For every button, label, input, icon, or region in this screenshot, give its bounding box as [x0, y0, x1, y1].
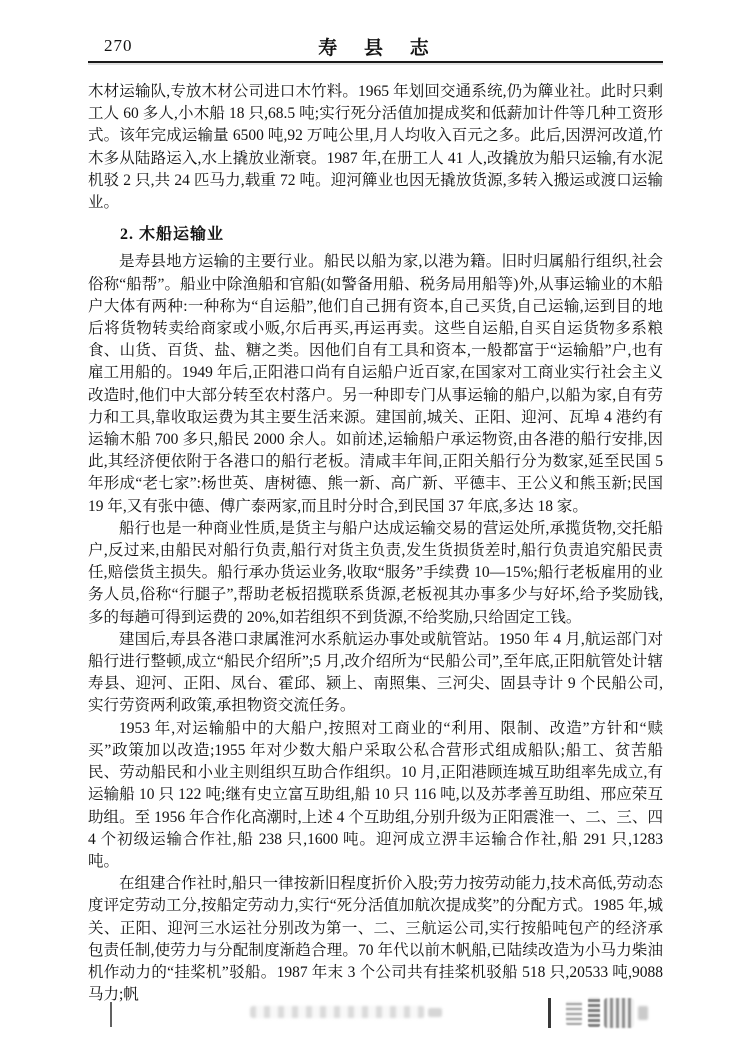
section-heading-wooden-boat-transport: 2. 木船运输业: [88, 224, 663, 246]
paragraph-continued-timber-transport: 木材运输队,专放木材公司进口木竹料。1965 年划回交通系统,仍为簰业社。此时只…: [88, 81, 663, 214]
paragraph-1953-reform-cooperatives: 1953 年,对运输船中的大船户,按照对工商业的“利用、限制、改造”方针和“赎买…: [88, 718, 663, 873]
scan-artifact-right-smudge-4: [638, 1006, 648, 1020]
scan-artifact-center-smudge: [250, 1006, 425, 1018]
paragraph-cooperative-operation: 在组建合作社时,船只一律按新旧程度折价入股;劳力按劳动能力,技术高低,劳动态度评…: [88, 873, 663, 1006]
scanned-book-page: 270 寿 县 志 木材运输队,专放木材公司进口木竹料。1965 年划回交通系统…: [0, 0, 747, 1046]
scan-artifact-center-dot: [428, 1008, 442, 1017]
paragraph-boat-industry-overview: 是寿县地方运输的主要行业。船民以船为家,以港为籍。旧时归属船行组织,社会俗称“船…: [88, 251, 663, 517]
body-text: 木材运输队,专放木材公司进口木竹料。1965 年划回交通系统,仍为簰业社。此时只…: [88, 81, 663, 1006]
header-rule: [88, 61, 663, 63]
book-title: 寿 县 志: [0, 33, 747, 60]
page-header: 270 寿 县 志: [0, 0, 747, 62]
paragraph-post-1949-administration: 建国后,寿县各港口隶属淮河水系航运办事处或航管站。1950 年 4 月,航运部门…: [88, 629, 663, 718]
paragraph-boat-agency-business: 船行也是一种商业性质,是货主与船户达成运输交易的营运处所,承揽货物,交托船户,反…: [88, 518, 663, 629]
